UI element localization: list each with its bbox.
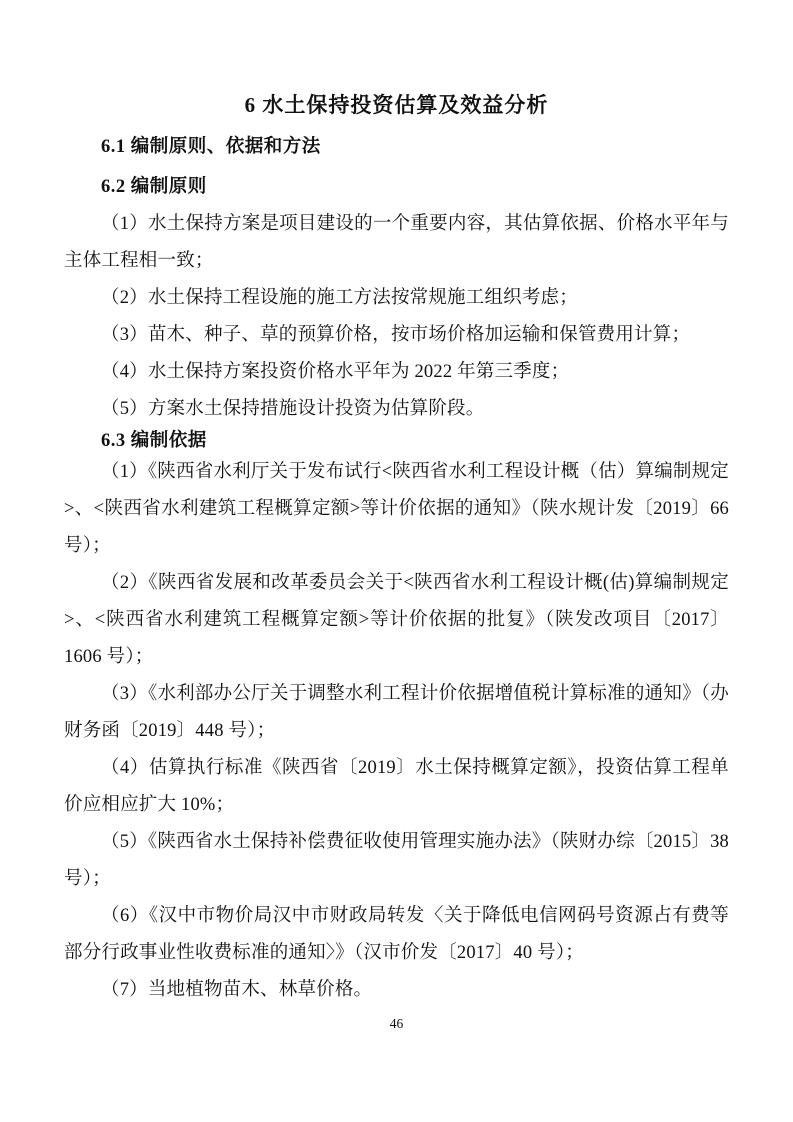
chapter-title: 6 水土保持投资估算及效益分析 <box>64 90 729 120</box>
reference-paragraph-5: （5）《陕西省水土保持补偿费征收使用管理实施办法》（陕财办综〔2015〕38 号… <box>64 824 729 898</box>
principle-paragraph-3: （3）苗木、种子、草的预算价格，按市场价格加运输和保管费用计算； <box>64 317 729 354</box>
heading-6-1: 6.1 编制原则、依据和方法 <box>64 134 729 160</box>
principle-paragraph-4: （4）水土保持方案投资价格水平年为 2022 年第三季度； <box>64 354 729 391</box>
reference-paragraph-2: （2）《陕西省发展和改革委员会关于<陕西省水利工程设计概(估)算编制规定>、<陕… <box>64 565 729 676</box>
heading-6-2: 6.2 编制原则 <box>64 174 729 200</box>
reference-paragraph-4: （4）估算执行标准《陕西省〔2019〕水土保持概算定额》，投资估算工程单价应相应… <box>64 750 729 824</box>
principle-paragraph-1: （1）水土保持方案是项目建设的一个重要内容，其估算依据、价格水平年与主体工程相一… <box>64 206 729 280</box>
document-content: 6 水土保持投资估算及效益分析 6.1 编制原则、依据和方法 6.2 编制原则 … <box>64 90 729 1009</box>
heading-6-3: 6.3 编制依据 <box>64 428 729 454</box>
principle-paragraph-2: （2）水土保持工程设施的施工方法按常规施工组织考虑； <box>64 280 729 317</box>
document-page: 6 水土保持投资估算及效益分析 6.1 编制原则、依据和方法 6.2 编制原则 … <box>0 0 793 1122</box>
reference-paragraph-1: （1）《陕西省水利厅关于发布试行<陕西省水利工程设计概（估）算编制规定>、<陕西… <box>64 454 729 565</box>
principle-paragraph-5: （5）方案水土保持措施设计投资为估算阶段。 <box>64 391 729 428</box>
reference-paragraph-7: （7）当地植物苗木、林草价格。 <box>64 972 729 1009</box>
page-number: 46 <box>0 1016 793 1032</box>
reference-paragraph-6: （6）《汉中市物价局汉中市财政局转发〈关于降低电信网码号资源占有费等部分行政事业… <box>64 898 729 972</box>
reference-paragraph-3: （3）《水利部办公厅关于调整水利工程计价依据增值税计算标准的通知》（办财务函〔2… <box>64 676 729 750</box>
